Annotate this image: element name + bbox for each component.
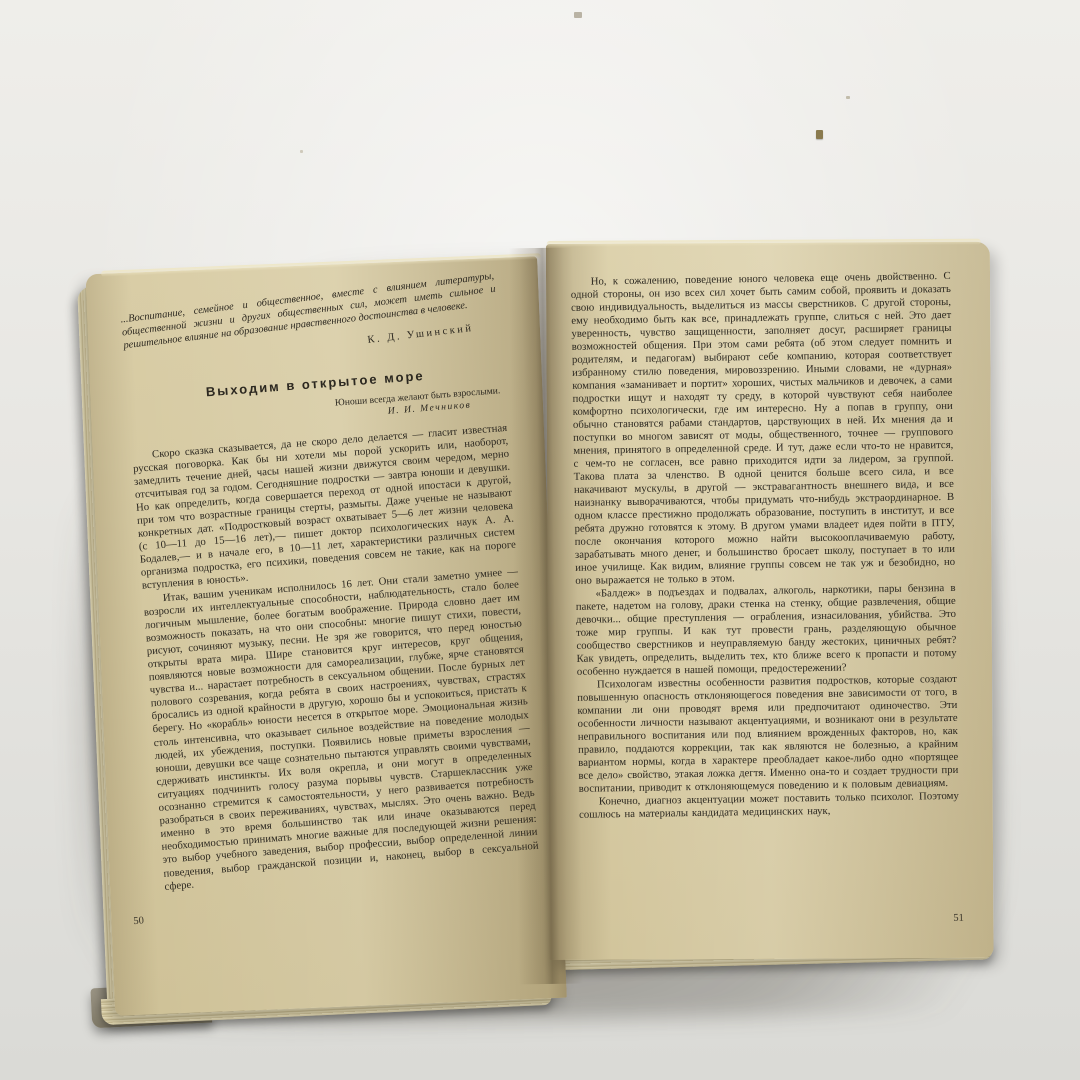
open-book: ...Воспитание, семейное и общественное, …	[81, 222, 1002, 1025]
right-page-paragraph: «Балдеж» в подъездах и подвалах, алкогол…	[575, 582, 956, 679]
debris-speck	[846, 96, 850, 99]
left-page-content: ...Воспитание, семейное и общественное, …	[73, 249, 579, 1023]
photo-scene: ...Воспитание, семейное и общественное, …	[0, 0, 1080, 1080]
debris-speck	[574, 12, 582, 18]
right-page-paragraph: Но, к сожалению, поведение юного человек…	[571, 270, 956, 588]
right-page-number: 51	[953, 913, 964, 924]
debris-speck	[816, 130, 823, 139]
epigraph-text: ...Воспитание, семейное и общественное, …	[120, 270, 498, 353]
debris-speck	[300, 150, 303, 153]
right-page: Но, к сожалению, поведение юного человек…	[546, 242, 994, 960]
right-page-paragraph: Психологам известны особенности развития…	[577, 673, 959, 796]
right-page-content: Но, к сожалению, поведение юного человек…	[542, 239, 997, 962]
left-page-paragraph: Итак, вашим ученикам исполнилось 16 лет.…	[142, 565, 540, 894]
right-page-paragraph: Конечно, диагноз акцентуации может поста…	[579, 790, 959, 822]
left-page-number: 50	[133, 915, 144, 927]
left-page-paragraph: Скоро сказка сказывается, да не скоро де…	[132, 421, 518, 593]
left-page: ...Воспитание, семейное и общественное, …	[85, 256, 566, 1016]
